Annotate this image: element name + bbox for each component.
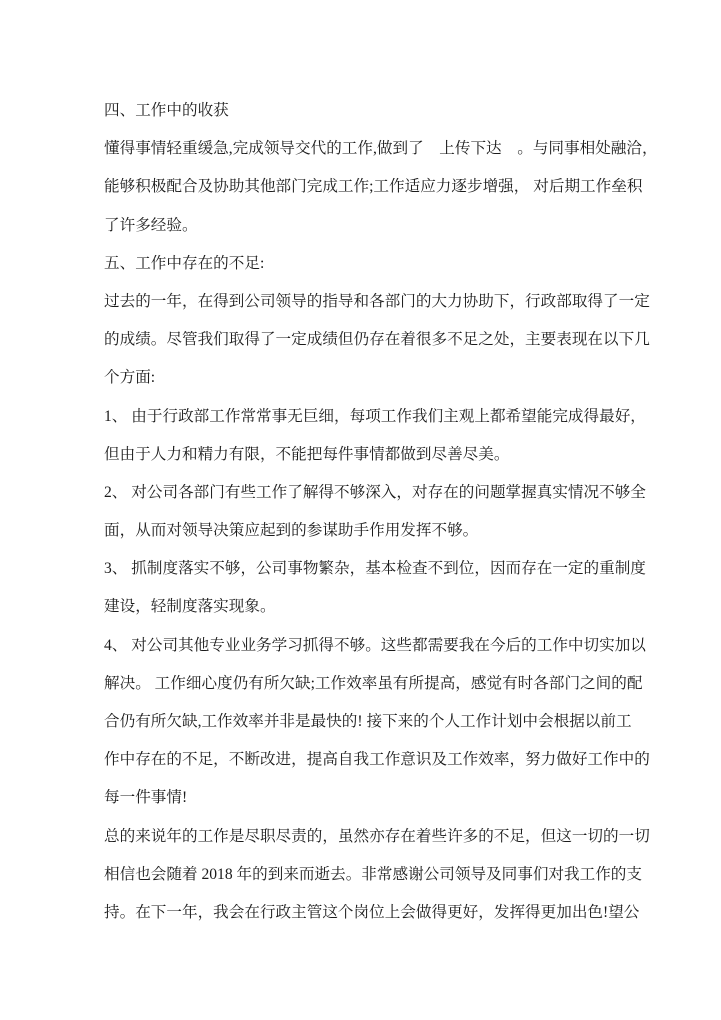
text-line: 懂得事情轻重缓急,完成领导交代的工作,做到了 上传下达 。与同事相处融洽， bbox=[104, 130, 634, 168]
text-line: 每一件事情! bbox=[104, 779, 634, 817]
text-line: 建设，轻制度落实现象。 bbox=[104, 588, 634, 626]
text-line: 相信也会随着 2018 年的到来而逝去。非常感谢公司领导及同事们对我工作的支 bbox=[104, 856, 634, 894]
text-line: 能够积极配合及协助其他部门完成工作;工作适应力逐步增强， 对后期工作垒积 bbox=[104, 168, 634, 206]
text-line: 合仍有所欠缺,工作效率并非是最快的! 接下来的个人工作计划中会根据以前工 bbox=[104, 703, 634, 741]
section-heading-line: 五、工作中存在的不足: bbox=[104, 245, 634, 283]
text-line: 3、 抓制度落实不够，公司事物繁杂，基本检查不到位，因而存在一定的重制度 bbox=[104, 550, 634, 588]
document-body: 四、工作中的收获懂得事情轻重缓急,完成领导交代的工作,做到了 上传下达 。与同事… bbox=[104, 92, 634, 932]
text-line: 总的来说年的工作是尽职尽责的，虽然亦存在着些许多的不足，但这一切的一切 bbox=[104, 818, 634, 856]
text-line: 但由于人力和精力有限，不能把每件事情都做到尽善尽美。 bbox=[104, 436, 634, 474]
text-line: 1、 由于行政部工作常常事无巨细，每项工作我们主观上都希望能完成得最好， bbox=[104, 398, 634, 436]
text-line: 持。在下一年，我会在行政主管这个岗位上会做得更好，发挥得更加出色!望公 bbox=[104, 894, 634, 932]
section-heading-line: 四、工作中的收获 bbox=[104, 92, 634, 130]
text-line: 作中存在的不足，不断改进，提高自我工作意识及工作效率，努力做好工作中的 bbox=[104, 741, 634, 779]
text-line: 过去的一年，在得到公司领导的指导和各部门的大力协助下，行政部取得了一定 bbox=[104, 283, 634, 321]
text-line: 4、 对公司其他专业业务学习抓得不够。这些都需要我在今后的工作中切实加以 bbox=[104, 627, 634, 665]
text-line: 个方面: bbox=[104, 359, 634, 397]
text-line: 的成绩。尽管我们取得了一定成绩但仍存在着很多不足之处，主要表现在以下几 bbox=[104, 321, 634, 359]
text-line: 解决。 工作细心度仍有所欠缺;工作效率虽有所提高，感觉有时各部门之间的配 bbox=[104, 665, 634, 703]
text-line: 2、 对公司各部门有些工作了解得不够深入，对存在的问题掌握真实情况不够全 bbox=[104, 474, 634, 512]
text-line: 了许多经验。 bbox=[104, 207, 634, 245]
document-page: 四、工作中的收获懂得事情轻重缓急,完成领导交代的工作,做到了 上传下达 。与同事… bbox=[0, 0, 721, 1020]
text-line: 面，从而对领导决策应起到的参谋助手作用发挥不够。 bbox=[104, 512, 634, 550]
